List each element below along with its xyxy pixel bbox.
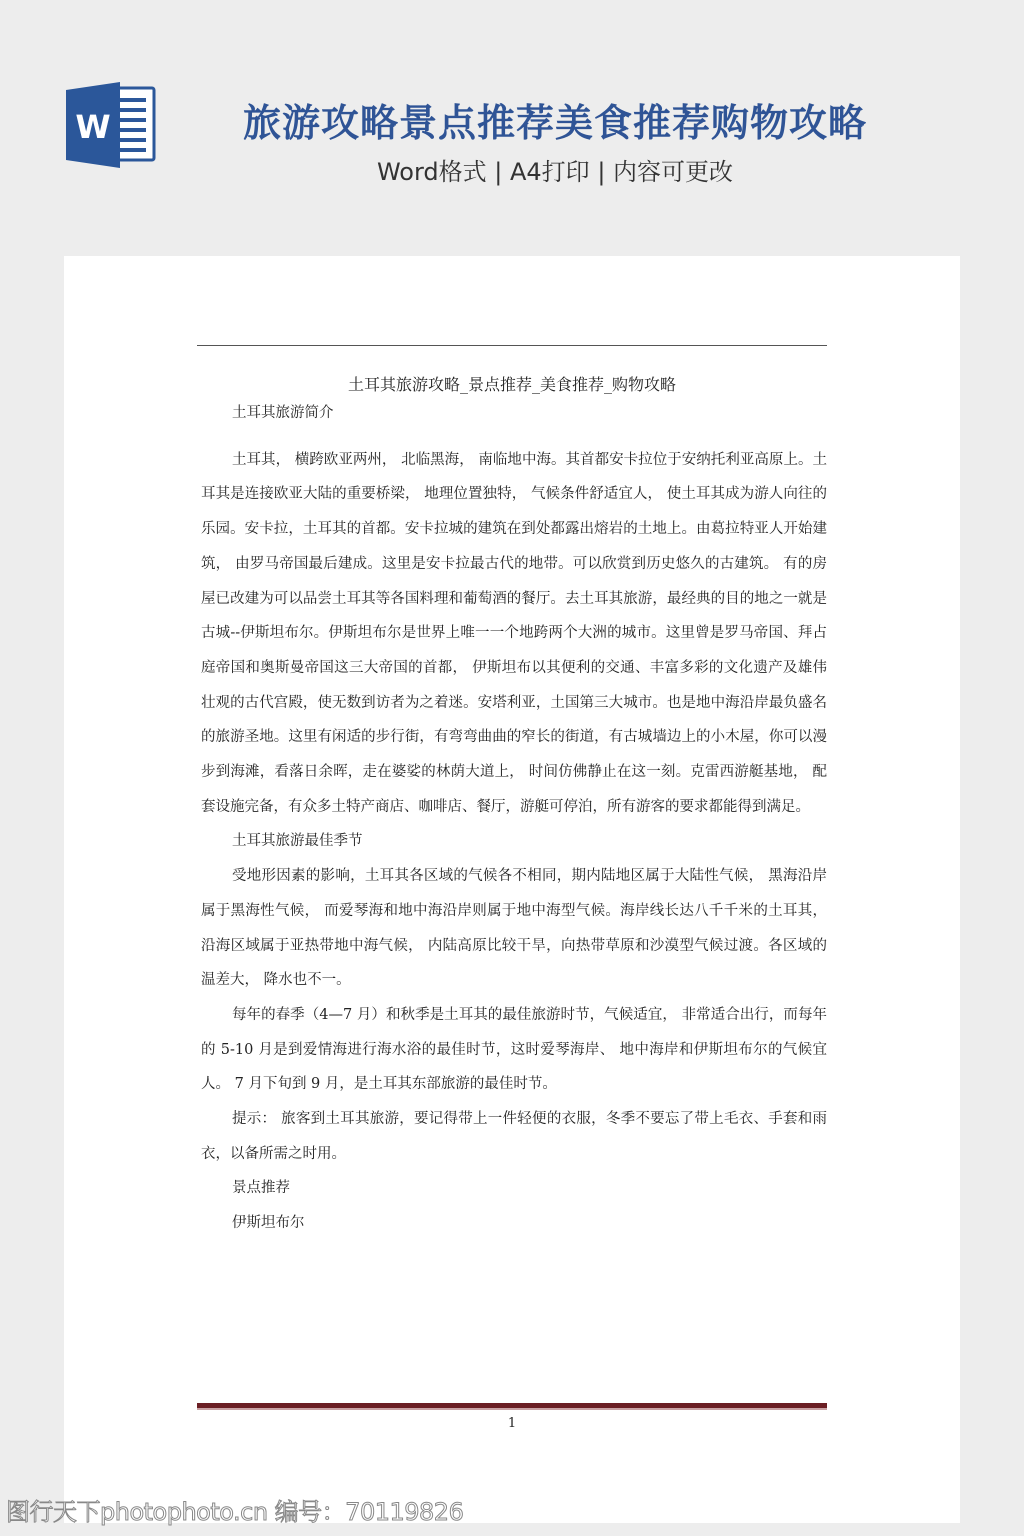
- section-heading: 土耳其旅游最佳季节: [201, 824, 827, 859]
- section-heading: 景点推荐: [201, 1171, 827, 1206]
- banner-subtitle: Word格式 | A4打印 | 内容可更改: [200, 152, 910, 187]
- body-paragraph: 土耳其， 横跨欧亚两州， 北临黑海， 南临地中海。其首都安卡拉位于安纳托利亚高原…: [201, 443, 827, 825]
- document-body: 土耳其旅游简介 土耳其， 横跨欧亚两州， 北临黑海， 南临地中海。其首都安卡拉位…: [201, 396, 827, 1241]
- document-title: 土耳其旅游攻略_景点推荐_美食推荐_购物攻略: [197, 372, 827, 395]
- header-rule: [197, 345, 827, 346]
- section-heading: 伊斯坦布尔: [201, 1206, 827, 1241]
- footer-bar: [197, 1403, 827, 1410]
- body-paragraph: 受地形因素的影响，土耳其各区域的气候各不相同，期内陆地区属于大陆性气候， 黑海沿…: [201, 859, 827, 998]
- svg-text:W: W: [75, 108, 110, 146]
- body-paragraph: 每年的春季（4—7 月）和秋季是土耳其的最佳旅游时节，气候适宜， 非常适合出行，…: [201, 998, 827, 1102]
- body-paragraph: 提示： 旅客到土耳其旅游，要记得带上一件轻便的衣服，冬季不要忘了带上毛衣、手套和…: [201, 1102, 827, 1171]
- watermark: 图行天下photophoto.cn 编号：70119826: [6, 1492, 463, 1527]
- document-page: 土耳其旅游攻略_景点推荐_美食推荐_购物攻略 土耳其旅游简介 土耳其， 横跨欧亚…: [64, 256, 960, 1523]
- section-heading: 土耳其旅游简介: [201, 396, 827, 431]
- word-icon: W: [64, 80, 156, 170]
- page-number: 1: [197, 1416, 827, 1431]
- banner-title: 旅游攻略景点推荐美食推荐购物攻略: [200, 92, 910, 147]
